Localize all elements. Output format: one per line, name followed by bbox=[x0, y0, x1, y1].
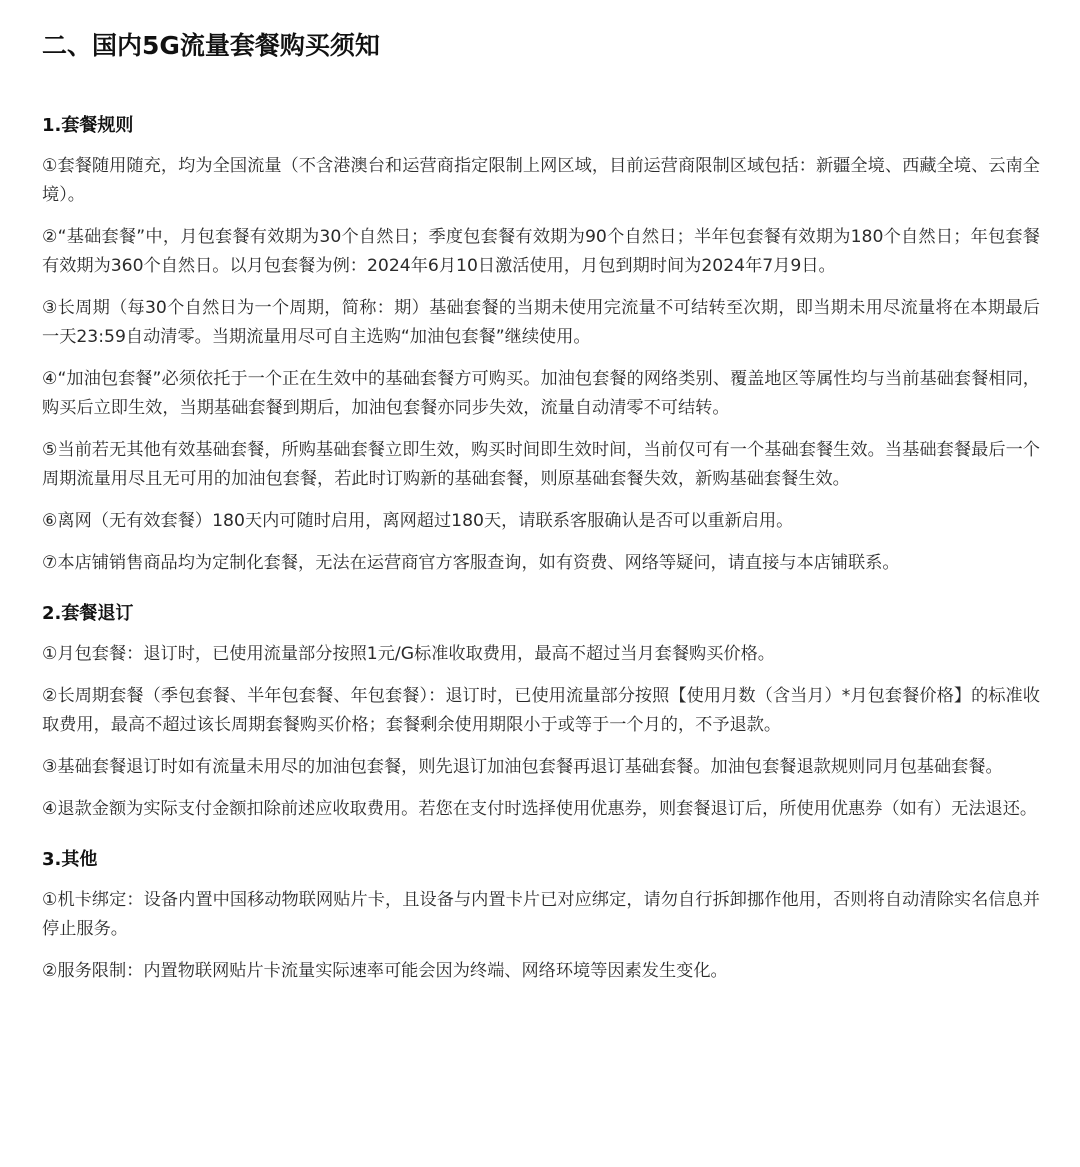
section-unsubscribe: 2.套餐退订 ①月包套餐：退订时，已使用流量部分按照1元/G标准收取费用，最高不… bbox=[42, 600, 1040, 824]
rule-paragraph: ⑤当前若无其他有效基础套餐，所购基础套餐立即生效，购买时间即生效时间，当前仅可有… bbox=[42, 436, 1040, 494]
rule-paragraph: ⑥离网（无有效套餐）180天内可随时启用，离网超过180天，请联系客服确认是否可… bbox=[42, 507, 1040, 536]
rule-paragraph: ⑦本店铺销售商品均为定制化套餐，无法在运营商官方客服查询，如有资费、网络等疑问，… bbox=[42, 549, 1040, 578]
unsubscribe-paragraph: ②长周期套餐（季包套餐、半年包套餐、年包套餐）：退订时，已使用流量部分按照【使用… bbox=[42, 682, 1040, 740]
unsubscribe-paragraph: ③基础套餐退订时如有流量未用尽的加油包套餐，则先退订加油包套餐再退订基础套餐。加… bbox=[42, 753, 1040, 782]
paragraph-list: ①套餐随用随充，均为全国流量（不含港澳台和运营商指定限制上网区域，目前运营商限制… bbox=[42, 152, 1040, 578]
unsubscribe-paragraph: ④退款金额为实际支付金额扣除前述应收取费用。若您在支付时选择使用优惠券，则套餐退… bbox=[42, 795, 1040, 824]
rule-paragraph: ④“加油包套餐”必须依托于一个正在生效中的基础套餐方可购买。加油包套餐的网络类别… bbox=[42, 365, 1040, 423]
section-other: 3.其他 ①机卡绑定：设备内置中国移动物联网贴片卡，且设备与内置卡片已对应绑定，… bbox=[42, 846, 1040, 986]
document-title: 二、国内5G流量套餐购买须知 bbox=[42, 26, 1040, 66]
unsubscribe-paragraph: ①月包套餐：退订时，已使用流量部分按照1元/G标准收取费用，最高不超过当月套餐购… bbox=[42, 640, 1040, 669]
paragraph-list: ①月包套餐：退订时，已使用流量部分按照1元/G标准收取费用，最高不超过当月套餐购… bbox=[42, 640, 1040, 824]
other-paragraph: ①机卡绑定：设备内置中国移动物联网贴片卡，且设备与内置卡片已对应绑定，请勿自行拆… bbox=[42, 886, 1040, 944]
other-paragraph: ②服务限制：内置物联网贴片卡流量实际速率可能会因为终端、网络环境等因素发生变化。 bbox=[42, 957, 1040, 986]
rule-paragraph: ③长周期（每30个自然日为一个周期，简称：期）基础套餐的当期未使用完流量不可结转… bbox=[42, 294, 1040, 352]
section-package-rules: 1.套餐规则 ①套餐随用随充，均为全国流量（不含港澳台和运营商指定限制上网区域，… bbox=[42, 112, 1040, 578]
paragraph-list: ①机卡绑定：设备内置中国移动物联网贴片卡，且设备与内置卡片已对应绑定，请勿自行拆… bbox=[42, 886, 1040, 986]
document-page: 二、国内5G流量套餐购买须知 1.套餐规则 ①套餐随用随充，均为全国流量（不含港… bbox=[0, 0, 1080, 986]
section-heading: 1.套餐规则 bbox=[42, 112, 1040, 140]
rule-paragraph: ①套餐随用随充，均为全国流量（不含港澳台和运营商指定限制上网区域，目前运营商限制… bbox=[42, 152, 1040, 210]
section-heading: 2.套餐退订 bbox=[42, 600, 1040, 628]
rule-paragraph: ②“基础套餐”中，月包套餐有效期为30个自然日；季度包套餐有效期为90个自然日；… bbox=[42, 223, 1040, 281]
section-heading: 3.其他 bbox=[42, 846, 1040, 874]
